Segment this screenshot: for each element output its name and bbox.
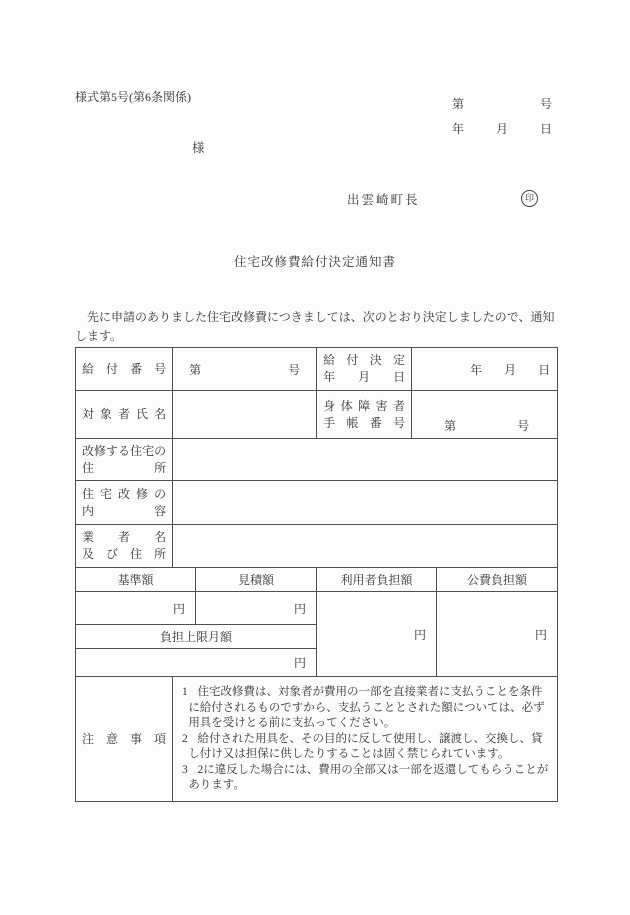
grant-number-label: 給付番号	[82, 361, 166, 378]
user-burden-header: 利用者負担額	[317, 568, 437, 592]
certificate-number-prefix: 第	[444, 417, 456, 434]
renovation-content-label-line2: 内容	[82, 503, 166, 520]
certificate-label-cell: 身体障害者 手帳番号	[317, 391, 412, 439]
info-table: 給付番号 第 号 給付決定 年月日 年 月 日	[75, 347, 558, 568]
decision-date-label-line2: 年月日	[323, 369, 405, 386]
form-number: 様式第5号(第6条関係)	[75, 88, 191, 105]
certificate-number-suffix: 号	[517, 417, 529, 434]
house-address-label-cell: 改修する住宅の 住所	[76, 439, 173, 481]
document-number-prefix: 第	[452, 95, 464, 112]
sender-title: 出雲崎町長	[347, 190, 420, 208]
monthly-limit-label-cell: 負担上限月額	[76, 625, 317, 649]
certificate-label-line1: 身体障害者	[323, 398, 405, 415]
contractor-value-cell	[173, 525, 558, 568]
contractor-label-line2: 及び住所	[82, 546, 166, 563]
document-page: 様式第5号(第6条関係) 第 号 年 月 日 様 出雲崎町長 印 住宅改修費給付…	[0, 0, 630, 915]
notes-label-cell: 注意事項	[76, 677, 173, 802]
estimate-amount-value-cell: 円	[196, 592, 317, 625]
note-2-number: 2	[182, 733, 188, 745]
note-3-text: 2に違反した場合には、費用の全部又は一部を返還してもらうことがあります。	[188, 764, 548, 792]
document-number-line: 第 号	[452, 95, 552, 112]
note-item-1: 1住宅改修費は、対象者が費用の一部を直接業者に支払うことを条件に給付されるもので…	[182, 685, 549, 732]
day-label: 日	[540, 120, 552, 137]
note-1-text: 住宅改修費は、対象者が費用の一部を直接業者に支払うことを条件に給付されるものです…	[188, 686, 544, 729]
seal-icon: 印	[521, 190, 538, 207]
house-address-label-line2: 住所	[82, 460, 166, 477]
grant-number-suffix: 号	[288, 361, 300, 378]
notes-table: 注意事項 1住宅改修費は、対象者が費用の一部を直接業者に支払うことを条件に給付さ…	[75, 676, 558, 802]
renovation-content-value-cell	[173, 481, 558, 525]
standard-amount-value-cell: 円	[76, 592, 196, 625]
main-table: 給付番号 第 号 給付決定 年月日 年 月 日	[75, 347, 558, 802]
intro-line-1: 先に申請のありました住宅改修費につきましては、次のとおり決定しましたので、通知	[75, 308, 561, 327]
grant-number-label-cell: 給付番号	[76, 348, 173, 391]
decision-day-label: 日	[538, 361, 550, 378]
intro-paragraph: 先に申請のありました住宅改修費につきましては、次のとおり決定しましたので、通知 …	[75, 308, 561, 346]
public-burden-header: 公費負担額	[437, 568, 558, 592]
notes-label: 注意事項	[82, 731, 166, 748]
grant-number-prefix: 第	[189, 361, 201, 378]
decision-year-label: 年	[470, 361, 482, 378]
user-burden-value-cell: 円	[317, 592, 437, 677]
subject-name-value-cell	[173, 391, 317, 439]
note-item-2: 2給付された用具を、その目的に反して使用し、譲渡し、交換し、貸し付け又は担保に供…	[182, 732, 549, 763]
decision-date-value-cell: 年 月 日	[412, 348, 558, 391]
decision-date-label-line1: 給付決定	[323, 352, 405, 369]
subject-name-label: 対象者氏名	[82, 406, 166, 423]
amounts-table: 基準額 見積額 利用者負担額 公費負担額 円 円 円 円 負担上限月額 円	[75, 567, 558, 677]
grant-number-value-cell: 第 号	[173, 348, 317, 391]
note-item-3: 32に違反した場合には、費用の全部又は一部を返還してもらうことがあります。	[182, 763, 549, 794]
renovation-content-label-line1: 住宅改修の	[82, 486, 166, 503]
contractor-label-line1: 業者名	[82, 529, 166, 546]
decision-month-label: 月	[504, 361, 516, 378]
monthly-limit-value-cell: 円	[76, 649, 317, 677]
contractor-label-cell: 業者名 及び住所	[76, 525, 173, 568]
estimate-amount-header: 見積額	[196, 568, 317, 592]
renovation-content-label-cell: 住宅改修の 内容	[76, 481, 173, 525]
certificate-value-cell: 第 号	[412, 391, 558, 439]
intro-line-2: します。	[75, 327, 561, 346]
notes-content-cell: 1住宅改修費は、対象者が費用の一部を直接業者に支払うことを条件に給付されるもので…	[173, 677, 558, 802]
standard-amount-header: 基準額	[76, 568, 196, 592]
document-number-suffix: 号	[540, 95, 552, 112]
addressee-honorific: 様	[192, 138, 205, 156]
certificate-label-line2: 手帳番号	[323, 415, 405, 432]
page-title: 住宅改修費給付決定通知書	[0, 252, 630, 270]
year-label: 年	[452, 120, 464, 137]
decision-date-label-cell: 給付決定 年月日	[317, 348, 412, 391]
subject-name-label-cell: 対象者氏名	[76, 391, 173, 439]
month-label: 月	[496, 120, 508, 137]
note-2-text: 給付された用具を、その目的に反して使用し、譲渡し、交換し、貸し付け又は担保に供し…	[188, 733, 542, 761]
public-burden-value-cell: 円	[437, 592, 558, 677]
issue-date-line: 年 月 日	[452, 120, 552, 137]
note-3-number: 3	[182, 764, 188, 776]
house-address-label-line1: 改修する住宅の	[82, 443, 166, 460]
note-1-number: 1	[182, 686, 188, 698]
house-address-value-cell	[173, 439, 558, 481]
